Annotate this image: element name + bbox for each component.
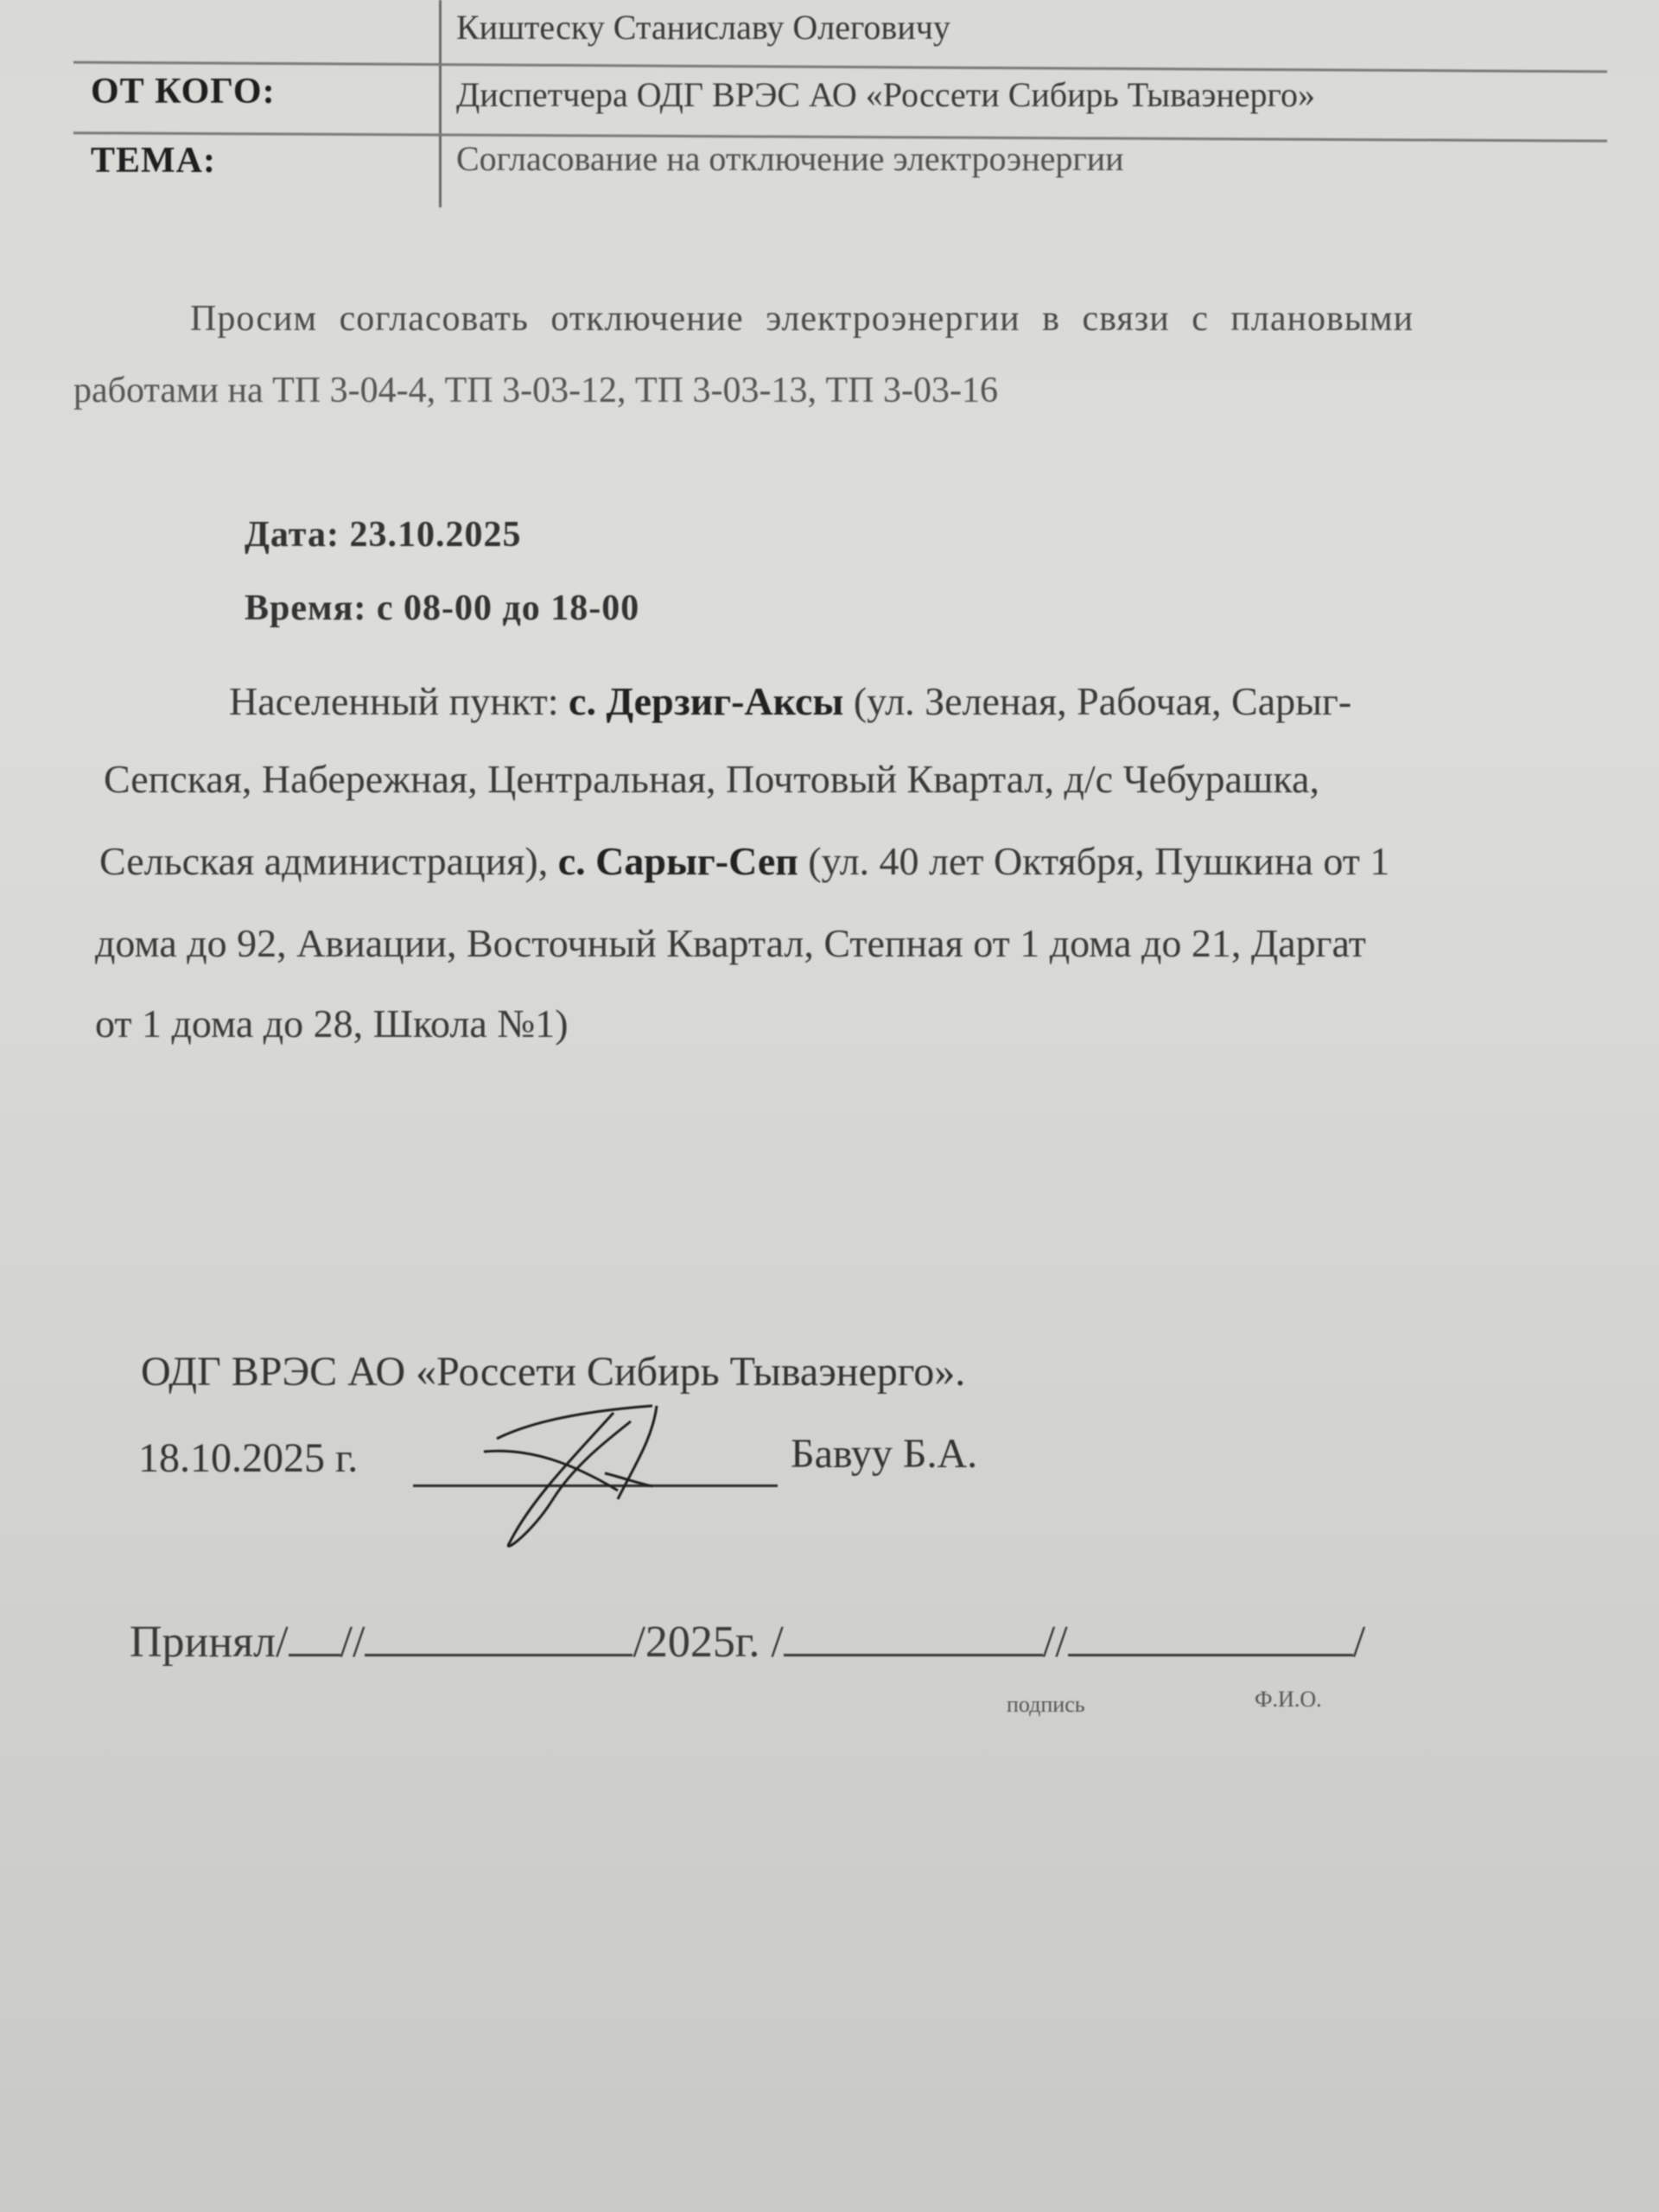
locality-line-3: Сельская администрация), с. Сарыг-Сеп (у… [99,838,1389,884]
signature-date: 18.10.2025 г. [138,1434,358,1482]
locality-label: Населенный пункт: [229,679,569,723]
fio-blank [1068,1616,1353,1656]
separator: / [1353,1618,1365,1667]
header-column-divider [439,0,442,207]
separator: // [1043,1618,1068,1667]
handwritten-signature-icon [480,1404,696,1551]
locality-line-5: от 1 дома до 28, Школа №1) [95,1001,569,1046]
request-text-line-1: Просим согласовать отключение электроэне… [190,298,1414,340]
month-blank [365,1616,632,1656]
outage-time: Время: с 08-00 до 18-00 [245,588,639,629]
request-text-line-2: работами на ТП 3-04-4, ТП 3-03-12, ТП 3-… [73,370,998,411]
caption-signature: подпись [1007,1692,1085,1718]
separator: // [340,1618,365,1667]
locality-line-3-start: Сельская администрация), [99,839,558,883]
signature-organization: ОДГ ВРЭС АО «Россети Сибирь Тываэнерго». [141,1348,965,1395]
signer-name: Бавуу Б.А. [791,1430,977,1478]
header-row-divider [73,61,1607,73]
topic-value: Согласование на отключение электроэнерги… [456,138,1124,179]
locality-line-3-rest: (ул. 40 лет Октября, Пушкина от 1 [798,839,1390,883]
caption-fio: Ф.И.О. [1255,1687,1322,1713]
recipient-name: Киштеску Станиславу Олеговичу [456,7,950,48]
accepted-label: Принял/ [130,1618,289,1667]
outage-date: Дата: 23.10.2025 [245,514,521,556]
accepted-line: Принял////2025г. //// [130,1616,1365,1668]
topic-label: ТЕМА: [91,140,216,181]
day-blank [289,1616,340,1656]
village-saryg-sep: с. Сарыг-Сеп [558,839,798,883]
locality-line-2: Сепская, Набережная, Центральная, Почтов… [104,756,1319,802]
document-page: Киштеску Станиславу Олеговичу ОТ КОГО: Д… [0,0,1659,2212]
locality-line-4: дома до 92, Авиации, Восточный Квартал, … [95,920,1366,966]
locality-line-1: Населенный пункт: с. Дерзиг-Аксы (ул. Зе… [229,678,1351,724]
from-value: Диспетчера ОДГ ВРЭС АО «Россети Сибирь Т… [456,74,1315,115]
from-label: ОТ КОГО: [91,71,276,112]
year-text: /2025г. / [632,1618,783,1667]
village-derzig-aksy: с. Дерзиг-Аксы [569,679,843,723]
locality-line-1-rest: (ул. Зеленая, Рабочая, Сарыг- [843,679,1351,723]
signature-blank [784,1616,1043,1656]
